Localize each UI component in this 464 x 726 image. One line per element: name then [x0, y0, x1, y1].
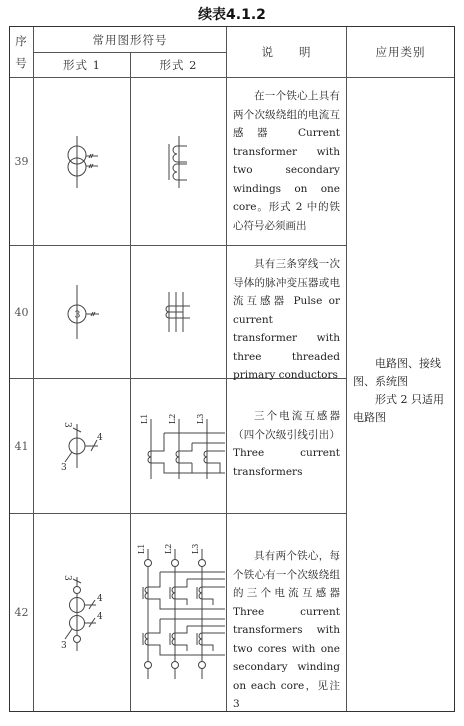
row-number: 41	[10, 379, 33, 513]
three-current-transformers-two-cores-circle-icon: 3 4 4 3	[52, 573, 112, 653]
svg-text:L2: L2	[168, 414, 177, 424]
row-number: 42	[10, 514, 33, 711]
two-winding-current-transformer-circle-icon	[57, 132, 107, 192]
description-row42: 具有两个铁心，每个铁心有一个次级绕组的三个电流互感器 Three current…	[227, 547, 346, 711]
svg-text:L3: L3	[191, 543, 200, 553]
application-line2: 形式 2 只适用电路图	[353, 391, 448, 427]
two-winding-current-transformer-coil-icon	[159, 132, 199, 192]
pulse-transformer-three-conductors-circle-icon: 3	[57, 282, 107, 342]
row-number: 40	[10, 246, 33, 378]
svg-text:4: 4	[97, 612, 103, 622]
three-current-transformers-two-cores-l1-l2-l3-icon: L1 L2 L3	[133, 543, 225, 683]
symbol-form1-row39	[34, 78, 130, 245]
description-text: 具有两个铁心，每个铁心有一个次级绕组的三个电流互感器 Three current…	[233, 547, 340, 714]
symbol-form2-row39	[131, 78, 226, 245]
svg-text:3: 3	[61, 463, 67, 473]
description-text: 三个电流互感器（四个次级引线引出）Three current transform…	[233, 407, 340, 481]
header-description: 说 明	[227, 27, 346, 77]
header-form2: 形式 2	[131, 53, 226, 77]
header-seq: 序 号	[10, 27, 33, 77]
header-seq-top: 序	[15, 33, 28, 49]
symbol-table: 序 号 常用图形符号 形式 1 形式 2 说 明 应用类别 39	[9, 26, 455, 712]
symbol-form1-row42: 3 4 4 3	[34, 514, 130, 711]
three-current-transformers-l1-l2-l3-icon: L1 L2 L3	[133, 411, 225, 481]
description-row40: 具有三条穿线一次导体的脉冲变压器或电流互感器 Pulse or current …	[227, 255, 346, 378]
svg-text:4: 4	[97, 433, 103, 443]
description-text: 具有三条穿线一次导体的脉冲变压器或电流互感器 Pulse or current …	[233, 255, 340, 385]
svg-text:3: 3	[75, 311, 81, 321]
three-current-transformers-circle-icon: 3 4 3	[52, 416, 112, 476]
header-seq-bottom: 号	[15, 55, 28, 71]
svg-text:3: 3	[62, 422, 72, 428]
symbol-form2-row40	[131, 246, 226, 378]
application-line1: 电路图、接线图、系统图	[353, 355, 448, 391]
header-application: 应用类别	[347, 27, 454, 77]
svg-text:L2: L2	[164, 543, 173, 553]
svg-text:3: 3	[61, 641, 67, 651]
symbol-form2-row41: L1 L2 L3	[131, 379, 226, 513]
svg-text:L3: L3	[196, 414, 205, 424]
description-row39: 在一个铁心上具有两个次级绕组的电流互感器 Current transformer…	[227, 87, 346, 245]
symbol-form1-row40: 3	[34, 246, 130, 378]
row-number: 39	[10, 78, 33, 245]
header-symbols: 常用图形符号	[34, 27, 226, 52]
svg-text:L1: L1	[137, 543, 146, 553]
description-text: 在一个铁心上具有两个次级绕组的电流互感器 Current transformer…	[233, 87, 340, 235]
pulse-transformer-three-conductors-coil-icon	[159, 287, 199, 337]
svg-text:L1: L1	[140, 414, 149, 424]
application-category: 电路图、接线图、系统图 形式 2 只适用电路图	[347, 355, 454, 455]
description-row41: 三个电流互感器（四个次级引线引出）Three current transform…	[227, 407, 346, 513]
symbol-form1-row41: 3 4 3	[34, 379, 130, 513]
table-title: 续表4.1.2	[0, 4, 464, 24]
svg-text:3: 3	[62, 575, 72, 581]
symbol-form2-row42: L1 L2 L3	[131, 514, 226, 711]
svg-text:4: 4	[97, 594, 103, 604]
header-form1: 形式 1	[34, 53, 130, 77]
